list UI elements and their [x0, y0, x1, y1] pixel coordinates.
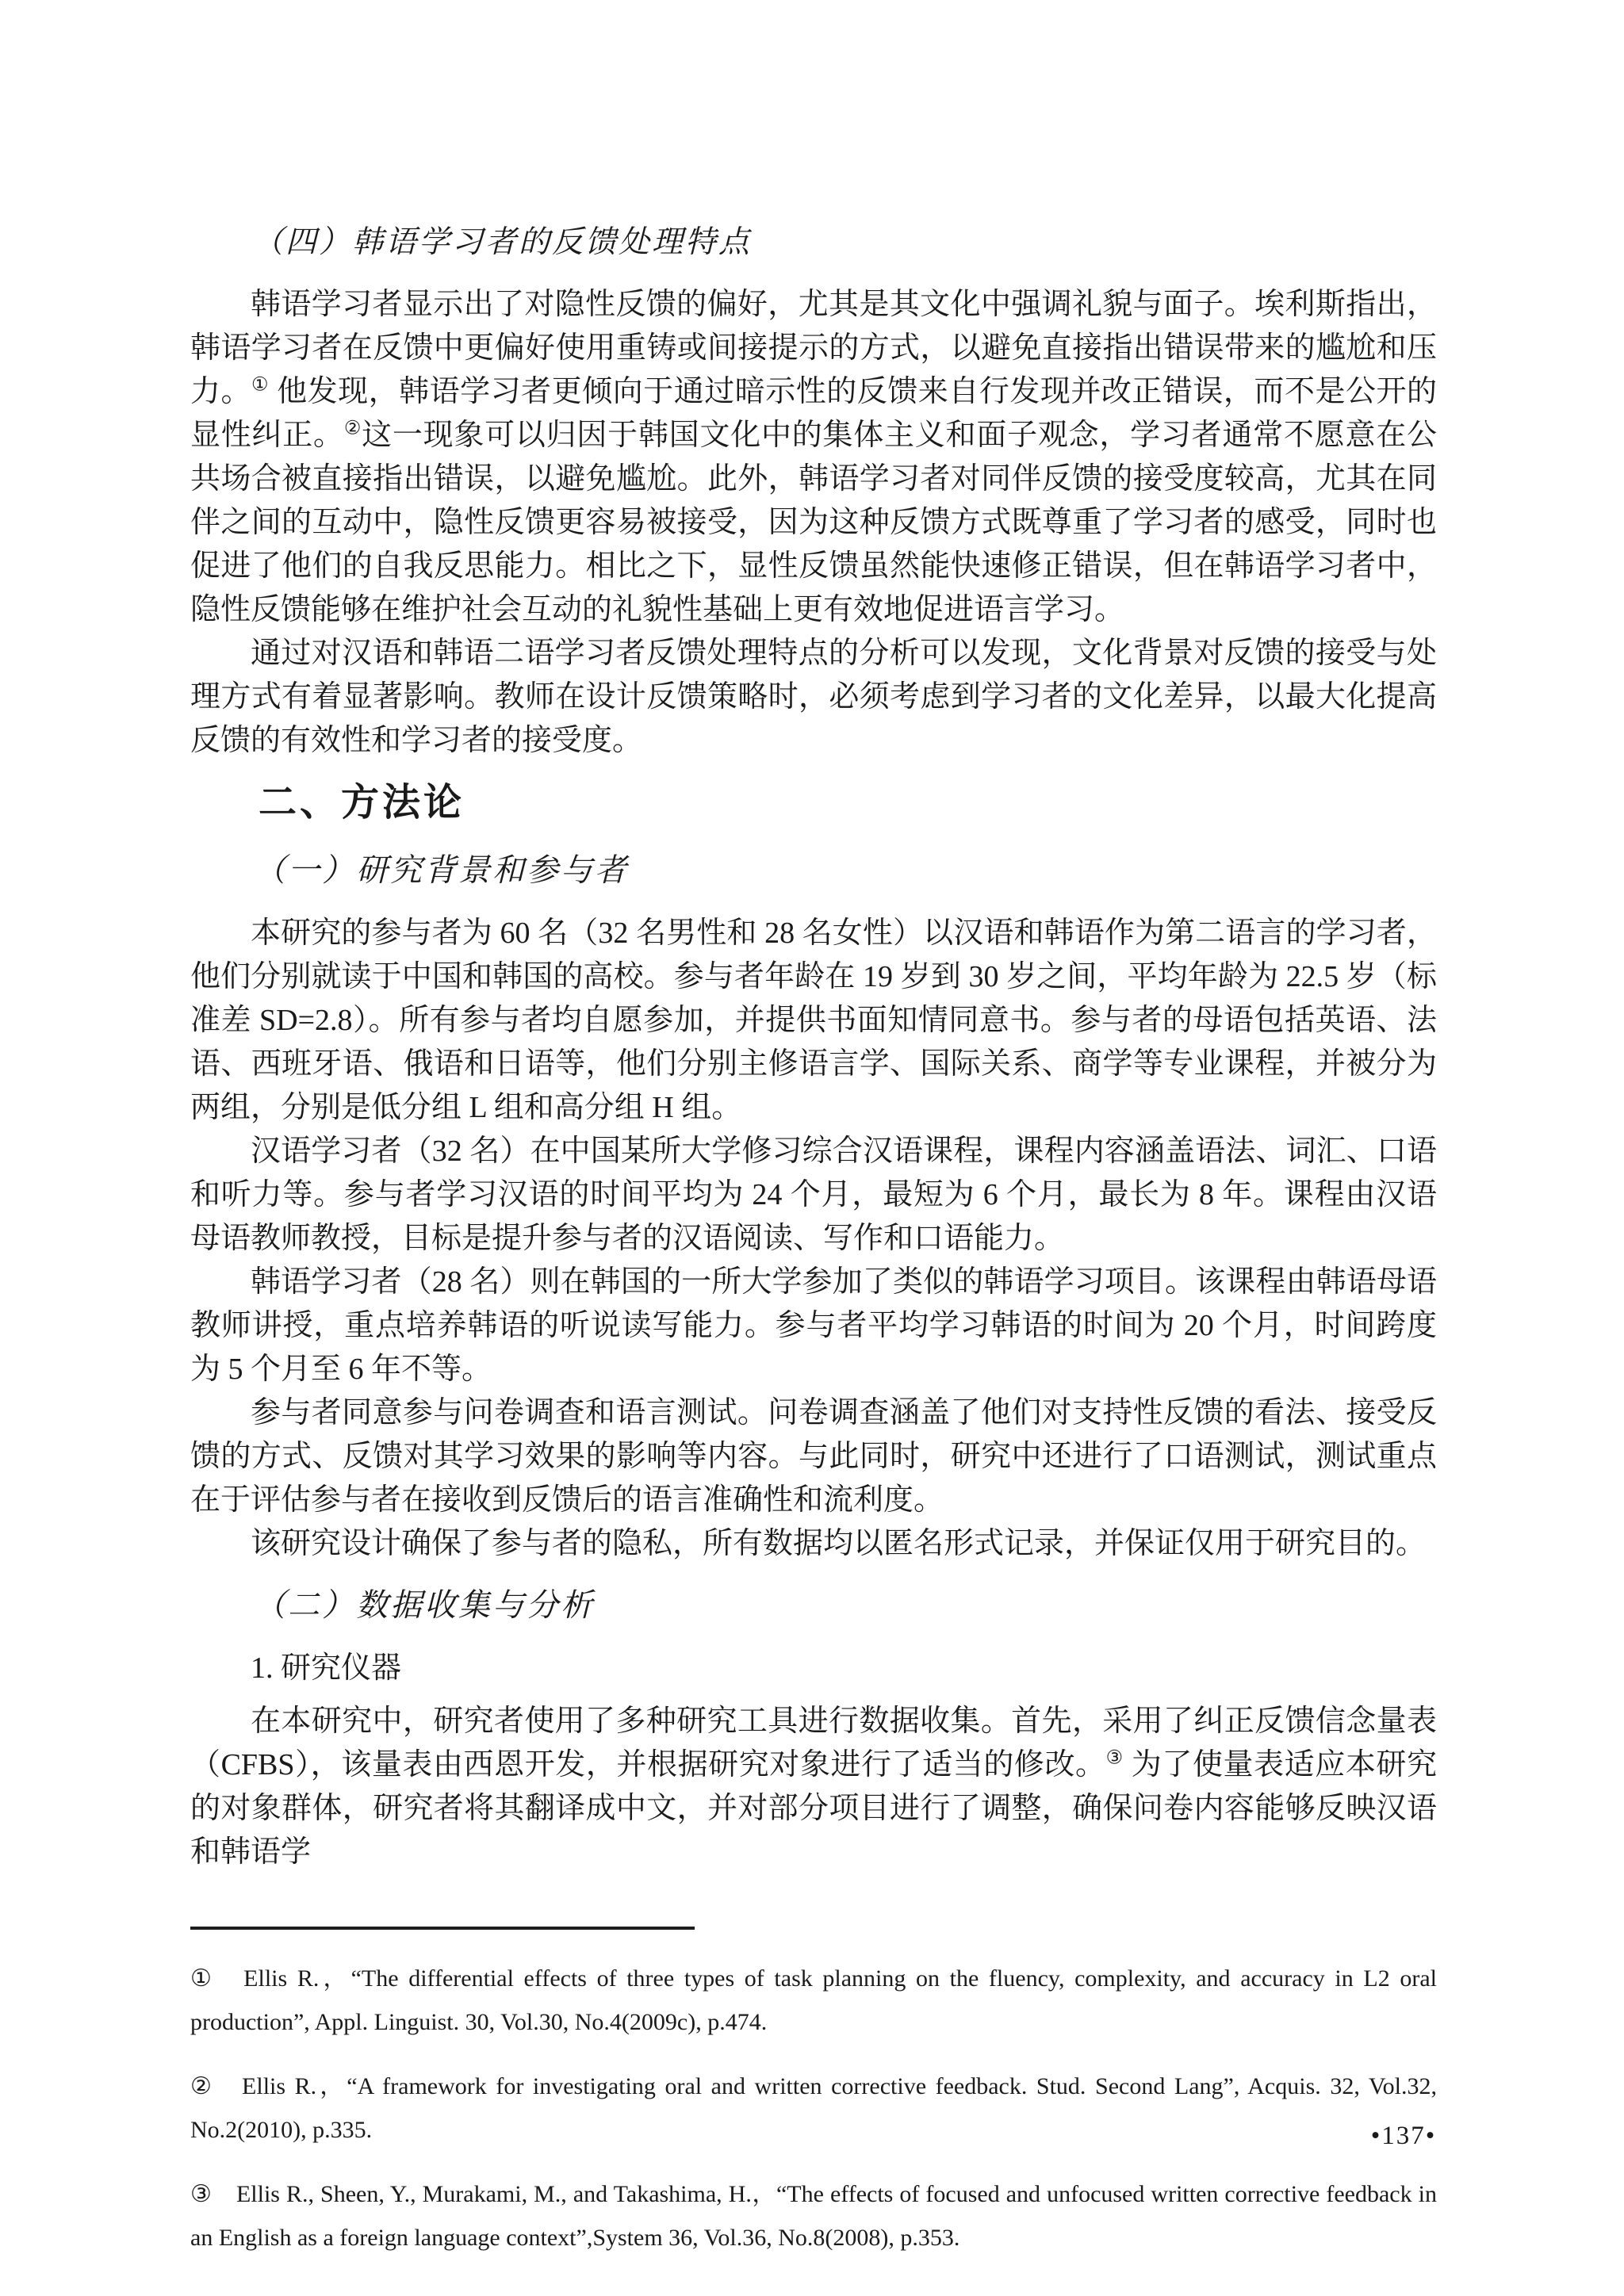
para-participants-overview: 本研究的参与者为 60 名（32 名男性和 28 名女性）以汉语和韩语作为第二语…: [190, 912, 1437, 1130]
para-chinese-learners: 汉语学习者（32 名）在中国某所大学修习综合汉语课程，课程内容涵盖语法、词汇、口…: [190, 1130, 1437, 1261]
para-instruments-cfbs: 在本研究中，研究者使用了多种研究工具进行数据收集。首先，采用了纠正反馈信念量表（…: [190, 1700, 1437, 1874]
subsection-heading-background-participants: （一）研究背景和参与者: [190, 847, 1437, 894]
footnote-marker: ②: [344, 418, 362, 438]
footnote-marker: ①: [251, 374, 269, 395]
para-privacy-statement: 该研究设计确保了参与者的隐私，所有数据均以匿名形式记录，并保证仅用于研究目的。: [190, 1522, 1437, 1566]
para-questionnaire-and-test: 参与者同意参与问卷调查和语言测试。问卷调查涵盖了他们对支持性反馈的看法、接受反馈…: [190, 1391, 1437, 1522]
section-heading-methodology: 二、方法论: [259, 775, 1437, 831]
footnote-2: ② Ellis R.，“A framework for investigatin…: [190, 2064, 1437, 2152]
para-korean-learners: 韩语学习者（28 名）则在韩国的一所大学参加了类似的韩语学习项目。该课程由韩语母…: [190, 1261, 1437, 1391]
section-heading-korean-learners: （四）韩语学习者的反馈处理特点: [190, 220, 1437, 264]
para-korean-feedback-preference: 韩语学习者显示出了对隐性反馈的偏好，尤其是其文化中强调礼貌与面子。埃利斯指出，韩…: [190, 283, 1437, 632]
footnote-block: ① Ellis R.，“The differential effects of …: [190, 1927, 1437, 2260]
footnote-separator-line: [190, 1927, 695, 1930]
content-area: （四）韩语学习者的反馈处理特点 韩语学习者显示出了对隐性反馈的偏好，尤其是其文化…: [190, 220, 1437, 2280]
item-research-instruments: 1. 研究仪器: [190, 1647, 1437, 1690]
document-page: （四）韩语学习者的反馈处理特点 韩语学习者显示出了对隐性反馈的偏好，尤其是其文化…: [0, 0, 1624, 2296]
para-culture-influence-summary: 通过对汉语和韩语二语学习者反馈处理特点的分析可以发现，文化背景对反馈的接受与处理…: [190, 632, 1437, 763]
page-number: •137•: [1348, 2122, 1459, 2151]
footnote-marker: ③: [1106, 1747, 1124, 1768]
footnote-3: ③ Ellis R., Sheen, Y., Murakami, M., and…: [190, 2172, 1437, 2260]
subsection-heading-data-collection: （二）数据收集与分析: [190, 1582, 1437, 1629]
footnote-1: ① Ellis R.，“The differential effects of …: [190, 1957, 1437, 2044]
